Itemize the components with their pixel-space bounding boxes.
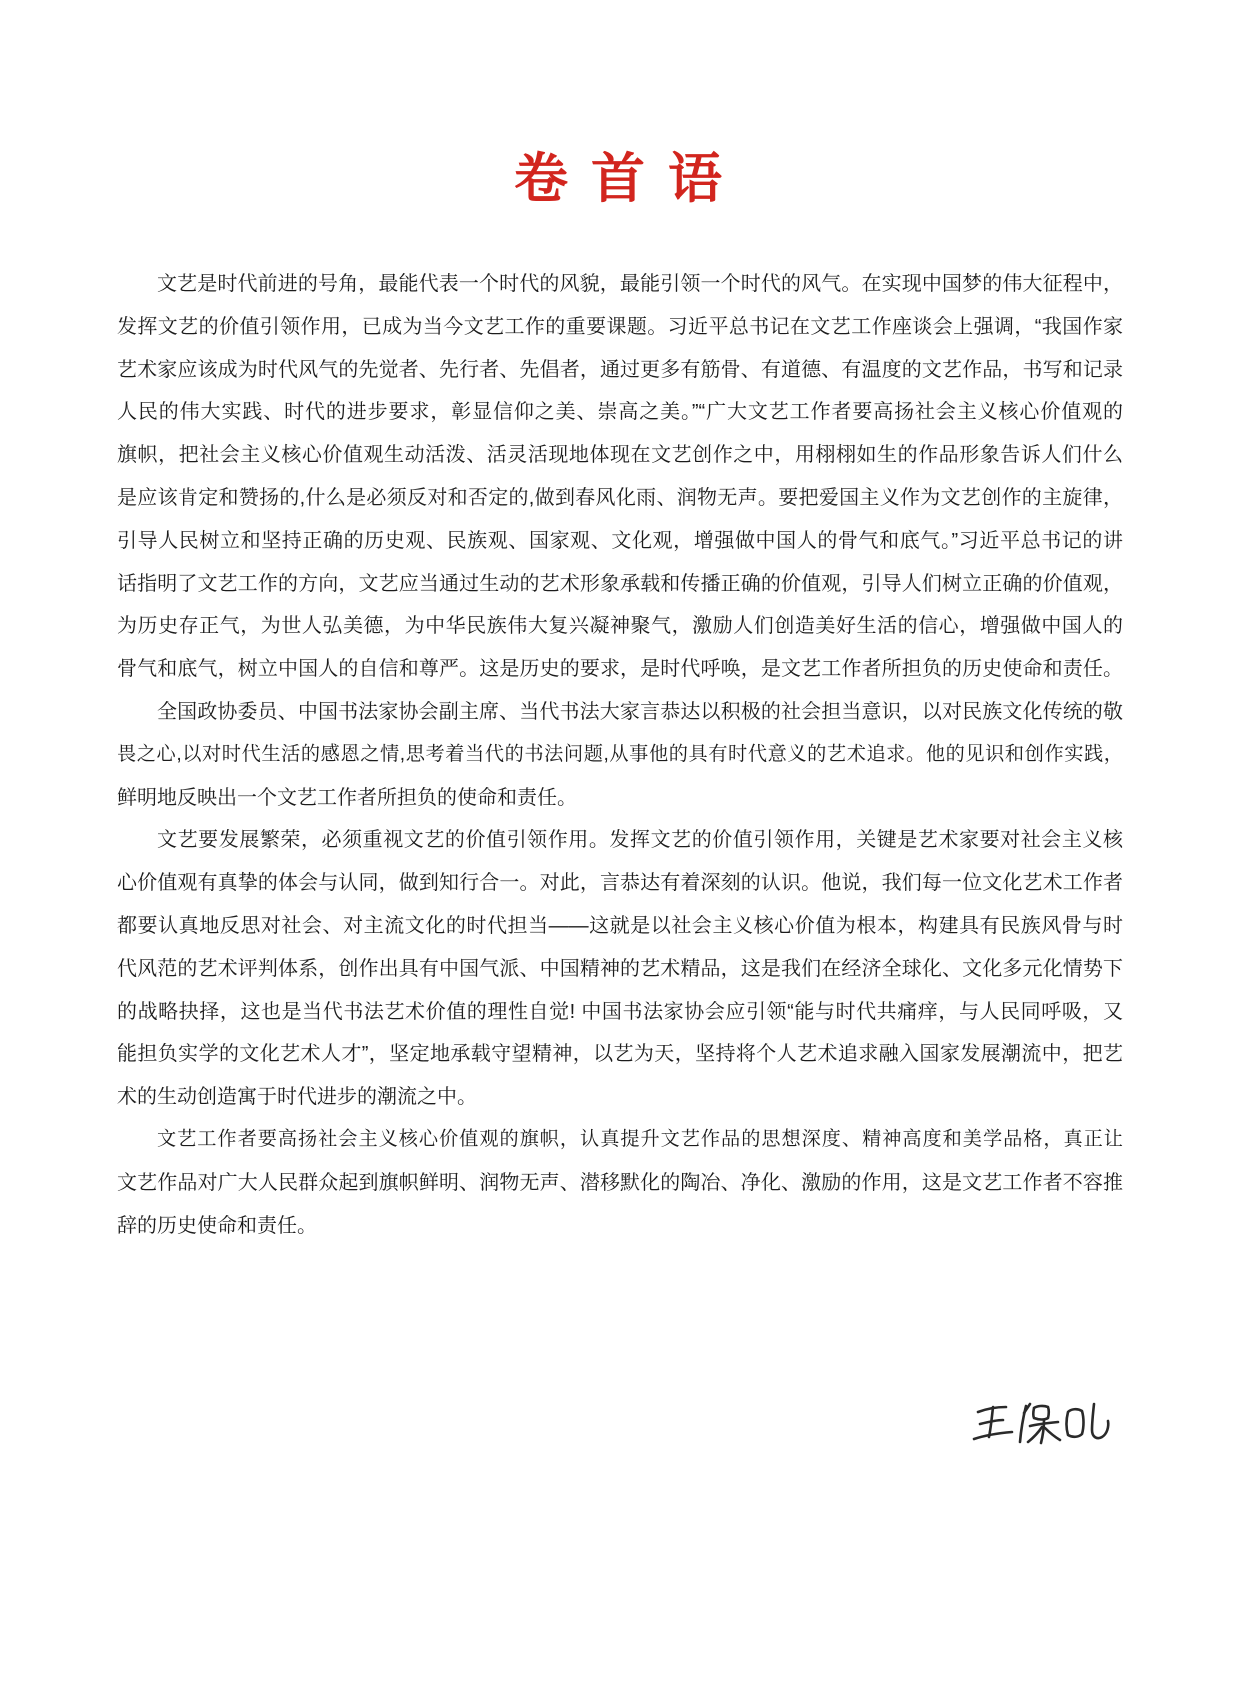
text-line: 都要认真地反思对社会、对主流文化的时代担当——这就是以社会主义核心价值为根本，构…	[117, 905, 1123, 948]
foreword-page: 卷 首 语 文艺是时代前进的号角，最能代表一个时代的风貌，最能引领一个时代的风气…	[0, 0, 1240, 1683]
text-line: 畏之心,以对时代生活的感恩之情,思考着当代的书法问题,从事他的具有时代意义的艺术…	[117, 734, 1123, 777]
text-line: 能担负实学的文化艺术人才”，坚定地承载守望精神，以艺为天，坚持将个人艺术追求融入…	[117, 1033, 1123, 1076]
text-line: 术的生动创造寓于时代进步的潮流之中。	[117, 1076, 1123, 1119]
text-line: 是应该肯定和赞扬的,什么是必须反对和否定的,做到春风化雨、润物无声。要把爱国主义…	[117, 477, 1123, 520]
text-line: 话指明了文艺工作的方向，文艺应当通过生动的艺术形象承载和传播正确的价值观，引导人…	[117, 563, 1123, 606]
text-line: 骨气和底气，树立中国人的自信和尊严。这是历史的要求，是时代呼唤，是文艺工作者所担…	[117, 648, 1123, 691]
text-line: 全国政协委员、中国书法家协会副主席、当代书法大家言恭达以积极的社会担当意识，以对…	[117, 691, 1123, 734]
handwritten-signature	[966, 1394, 1116, 1458]
text-line: 文艺工作者要高扬社会主义核心价值观的旗帜，认真提升文艺作品的思想深度、精神高度和…	[117, 1119, 1123, 1162]
text-line: 引导人民树立和坚持正确的历史观、民族观、国家观、文化观，增强做中国人的骨气和底气…	[117, 520, 1123, 563]
text-line: 发挥文艺的价值引领作用，已成为当今文艺工作的重要课题。习近平总书记在文艺工作座谈…	[117, 306, 1123, 349]
text-line: 旗帜，把社会主义核心价值观生动活泼、活灵活现地体现在文艺创作之中，用栩栩如生的作…	[117, 434, 1123, 477]
text-line: 为历史存正气，为世人弘美德，为中华民族伟大复兴凝神聚气，激励人们创造美好生活的信…	[117, 605, 1123, 648]
text-line: 文艺是时代前进的号角，最能代表一个时代的风貌，最能引领一个时代的风气。在实现中国…	[117, 263, 1123, 306]
page-title: 卷 首 语	[0, 136, 1240, 213]
paragraph-2: 全国政协委员、中国书法家协会副主席、当代书法大家言恭达以积极的社会担当意识，以对…	[117, 691, 1123, 819]
paragraph-4: 文艺工作者要高扬社会主义核心价值观的旗帜，认真提升文艺作品的思想深度、精神高度和…	[117, 1119, 1123, 1247]
text-line: 代风范的艺术评判体系，创作出具有中国气派、中国精神的艺术精品，这是我们在经济全球…	[117, 948, 1123, 991]
text-line: 鲜明地反映出一个文艺工作者所担负的使命和责任。	[117, 777, 1123, 820]
text-line: 文艺作品对广大人民群众起到旗帜鲜明、润物无声、潜移默化的陶冶、净化、激励的作用，…	[117, 1162, 1123, 1205]
text-line: 心价值观有真挚的体会与认同，做到知行合一。对此，言恭达有着深刻的认识。他说，我们…	[117, 862, 1123, 905]
text-line: 辞的历史使命和责任。	[117, 1205, 1123, 1248]
body-text: 文艺是时代前进的号角，最能代表一个时代的风貌，最能引领一个时代的风气。在实现中国…	[117, 263, 1123, 1247]
paragraph-3: 文艺要发展繁荣，必须重视文艺的价值引领作用。发挥文艺的价值引领作用，关键是艺术家…	[117, 819, 1123, 1119]
paragraph-1: 文艺是时代前进的号角，最能代表一个时代的风貌，最能引领一个时代的风气。在实现中国…	[117, 263, 1123, 691]
signature-strokes-icon	[966, 1394, 1116, 1458]
text-line: 的战略抉择，这也是当代书法艺术价值的理性自觉! 中国书法家协会应引领“能与时代共…	[117, 991, 1123, 1034]
text-line: 艺术家应该成为时代风气的先觉者、先行者、先倡者，通过更多有筋骨、有道德、有温度的…	[117, 349, 1123, 392]
text-line: 文艺要发展繁荣，必须重视文艺的价值引领作用。发挥文艺的价值引领作用，关键是艺术家…	[117, 819, 1123, 862]
text-line: 人民的伟大实践、时代的进步要求，彰显信仰之美、崇高之美。”“广大文艺工作者要高扬…	[117, 391, 1123, 434]
